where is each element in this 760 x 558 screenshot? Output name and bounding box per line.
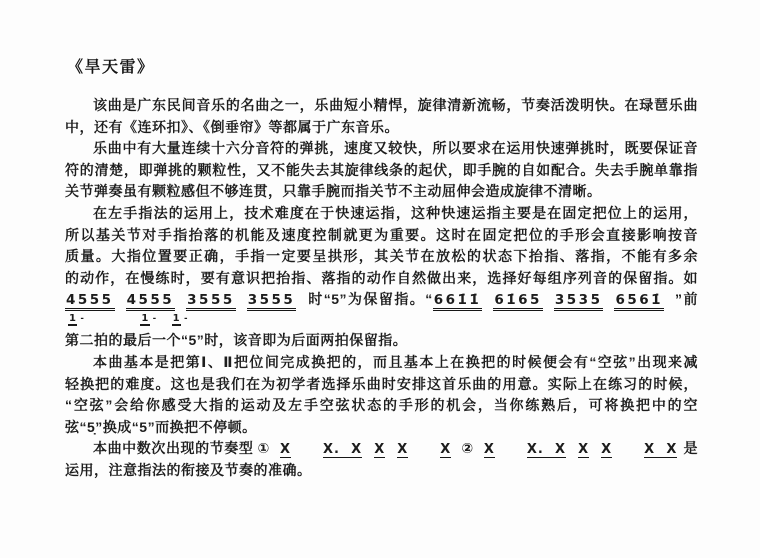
text-segment: 第二拍的最后一个“5”时，该音即为后面两拍保留指。 bbox=[65, 332, 407, 348]
document-body: 该曲是广东民间音乐的名曲之一，乐曲短小精悍，旋律清新流畅，节奏活泼明快。在琭琶乐… bbox=[65, 95, 698, 482]
notation-group: 661̇1̇ bbox=[433, 292, 483, 311]
notation-group: 3555 bbox=[247, 292, 297, 311]
text-line: 轻换把的难度。这也是我们在为初学者选择乐曲时安排这首乐曲的用意。实际上在练习的时… bbox=[65, 374, 698, 396]
text-line: 第二拍的最后一个“5”时，该音即为后面两拍保留指。 bbox=[65, 330, 698, 352]
text-line: 关节弹奏虽有颗粒感但不够连贯，只靠手腕而指关节不主动屈伸会造成旋律不清晰。 bbox=[65, 181, 698, 203]
text-line: 在左手指法的运用上，技术难度在于快速运指，这种快速运指主要是在固定把位上的运用， bbox=[65, 203, 698, 225]
notation-group: 3535 bbox=[554, 292, 604, 311]
text-line: 运用，注意指法的衔接及节奏的准确。 bbox=[65, 460, 698, 482]
text-segment: 质量。大指位置要正确，手指一定要呈拱形，其关节在放松的状态下抬指、落指，不能有多… bbox=[65, 248, 698, 264]
text-line: 的动作，在慢练时，要有意识把抬指、落指的动作自然做出来，选择好每组序列音的保留指… bbox=[65, 268, 698, 290]
rhythm-note-group: X. X bbox=[527, 442, 566, 458]
text-segment: 弦“5̣”换成“5”而换把不停顿。 bbox=[65, 419, 257, 435]
text-line: 质量。大指位置要正确，手指一定要呈拱形，其关节在放松的状态下抬指、落指，不能有多… bbox=[65, 246, 698, 268]
sub-notation-number: 1 bbox=[172, 313, 181, 326]
rhythm-note: X bbox=[601, 442, 612, 458]
text-line: 所以基关节对手指抬落的机能及速度控制就更为重要。这时在固定把位的手形会直接影响按… bbox=[65, 225, 698, 247]
rhythm-note: X bbox=[374, 442, 385, 458]
text-segment: 时“5”为保留指。“ bbox=[307, 291, 432, 307]
text-line: 乐曲中有大量连续十六分音符的弹挑，速度又较快，所以要求在运用快速弹挑时，既要保证… bbox=[65, 138, 698, 160]
notation-group: 6561̇ bbox=[614, 292, 664, 311]
text-line: 该曲是广东民间音乐的名曲之一，乐曲短小精悍，旋律清新流畅，节奏活泼明快。在琭琶乐… bbox=[65, 95, 698, 117]
sub-notation-dash: - bbox=[80, 313, 84, 324]
sub-notation-number: 1 bbox=[140, 313, 149, 326]
sub-notation-dash: - bbox=[184, 313, 188, 324]
rhythm-note: X bbox=[440, 442, 451, 458]
text-segment: 符的清楚，即弹挑的颗粒性，又不能失去其旋律线条的起伏，即手腕的自如配合。失去手腕… bbox=[65, 162, 698, 178]
sub-notation-number: 1 bbox=[68, 313, 77, 326]
text-segment: 的动作，在慢练时，要有意识把抬指、落指的动作自然做出来，选择好每组序列音的保留指… bbox=[65, 270, 698, 286]
text-segment: 本曲中数次出现的节奏型 bbox=[93, 440, 253, 456]
text-segment: 中，还有《连环扣》、《倒垂帘》等都属于广东音乐。 bbox=[65, 119, 399, 135]
text-line: 本曲基本是把第Ⅰ、Ⅱ把位间完成换把的，而且基本上在换把的时候便会有“空弦”出现来… bbox=[65, 352, 698, 374]
rhythm-note: X bbox=[578, 442, 589, 458]
circled-number: ① bbox=[257, 440, 269, 456]
text-segment: 乐曲中有大量连续十六分音符的弹挑，速度又较快，所以要求在运用快速弹挑时，既要保证… bbox=[93, 140, 698, 156]
notation-group: 3555 bbox=[186, 292, 236, 311]
text-segment: 本曲基本是把第Ⅰ、Ⅱ把位间完成换把的，而且基本上在换把的时候便会有“空弦”出现来… bbox=[93, 354, 698, 370]
text-line: 4555455535553555时“5”为保留指。“661̇1̇61̇65353… bbox=[65, 289, 698, 311]
text-line: 弦“5̣”换成“5”而换把不停顿。 bbox=[65, 417, 698, 439]
circled-number: ② bbox=[461, 440, 474, 456]
text-segment: 轻换把的难度。这也是我们在为初学者选择乐曲时安排这首乐曲的用意。实际上在练习的时… bbox=[65, 376, 698, 392]
text-line: “空弦”会给你感受大指的运动及左手空弦状态的手形的机会，当你练熟后，可将换把中的… bbox=[65, 395, 698, 417]
text-line: 中，还有《连环扣》、《倒垂帘》等都属于广东音乐。 bbox=[65, 117, 698, 139]
notation-group: 61̇65 bbox=[493, 292, 543, 311]
sub-notation-line: 1-1-1- bbox=[65, 311, 698, 331]
text-segment: 关节弹奏虽有颗粒感但不够连贯，只靠手腕而指关节不主动屈伸会造成旋律不清晰。 bbox=[65, 183, 602, 199]
rhythm-note-group: X. X bbox=[323, 442, 362, 458]
text-segment: 所以基关节对手指抬落的机能及速度控制就更为重要。这时在固定把位的手形会直接影响按… bbox=[65, 227, 698, 243]
text-segment: 该曲是广东民间音乐的名曲之一，乐曲短小精悍，旋律清新流畅，节奏活泼明快。在琭琶乐… bbox=[93, 97, 698, 113]
text-segment: 运用，注意指法的衔接及节奏的准确。 bbox=[65, 462, 312, 478]
text-segment: 在左手指法的运用上，技术难度在于快速运指，这种快速运指主要是在固定把位上的运用， bbox=[93, 205, 698, 221]
rhythm-note-group: X X bbox=[644, 442, 677, 458]
text-line: 本曲中数次出现的节奏型①XX. XXXX②XX. XXXX X是一组指法的 bbox=[65, 438, 698, 460]
rhythm-note: X bbox=[397, 442, 408, 458]
notation-group: 4555 bbox=[65, 292, 115, 311]
rhythm-note: X bbox=[484, 442, 495, 458]
document-title: 《旱天雷》 bbox=[67, 54, 155, 77]
sub-notation-dash: - bbox=[153, 313, 157, 324]
rhythm-note: X bbox=[280, 442, 291, 458]
text-segment: “空弦”会给你感受大指的运动及左手空弦状态的手形的机会，当你练熟后，可将换把中的… bbox=[65, 397, 698, 413]
document-page: 《旱天雷》 该曲是广东民间音乐的名曲之一，乐曲短小精悍，旋律清新流畅，节奏活泼明… bbox=[0, 0, 760, 558]
notation-group: 4555 bbox=[126, 292, 176, 311]
text-line: 符的清楚，即弹挑的颗粒性，又不能失去其旋律线条的起伏，即手腕的自如配合。失去手腕… bbox=[65, 160, 698, 182]
